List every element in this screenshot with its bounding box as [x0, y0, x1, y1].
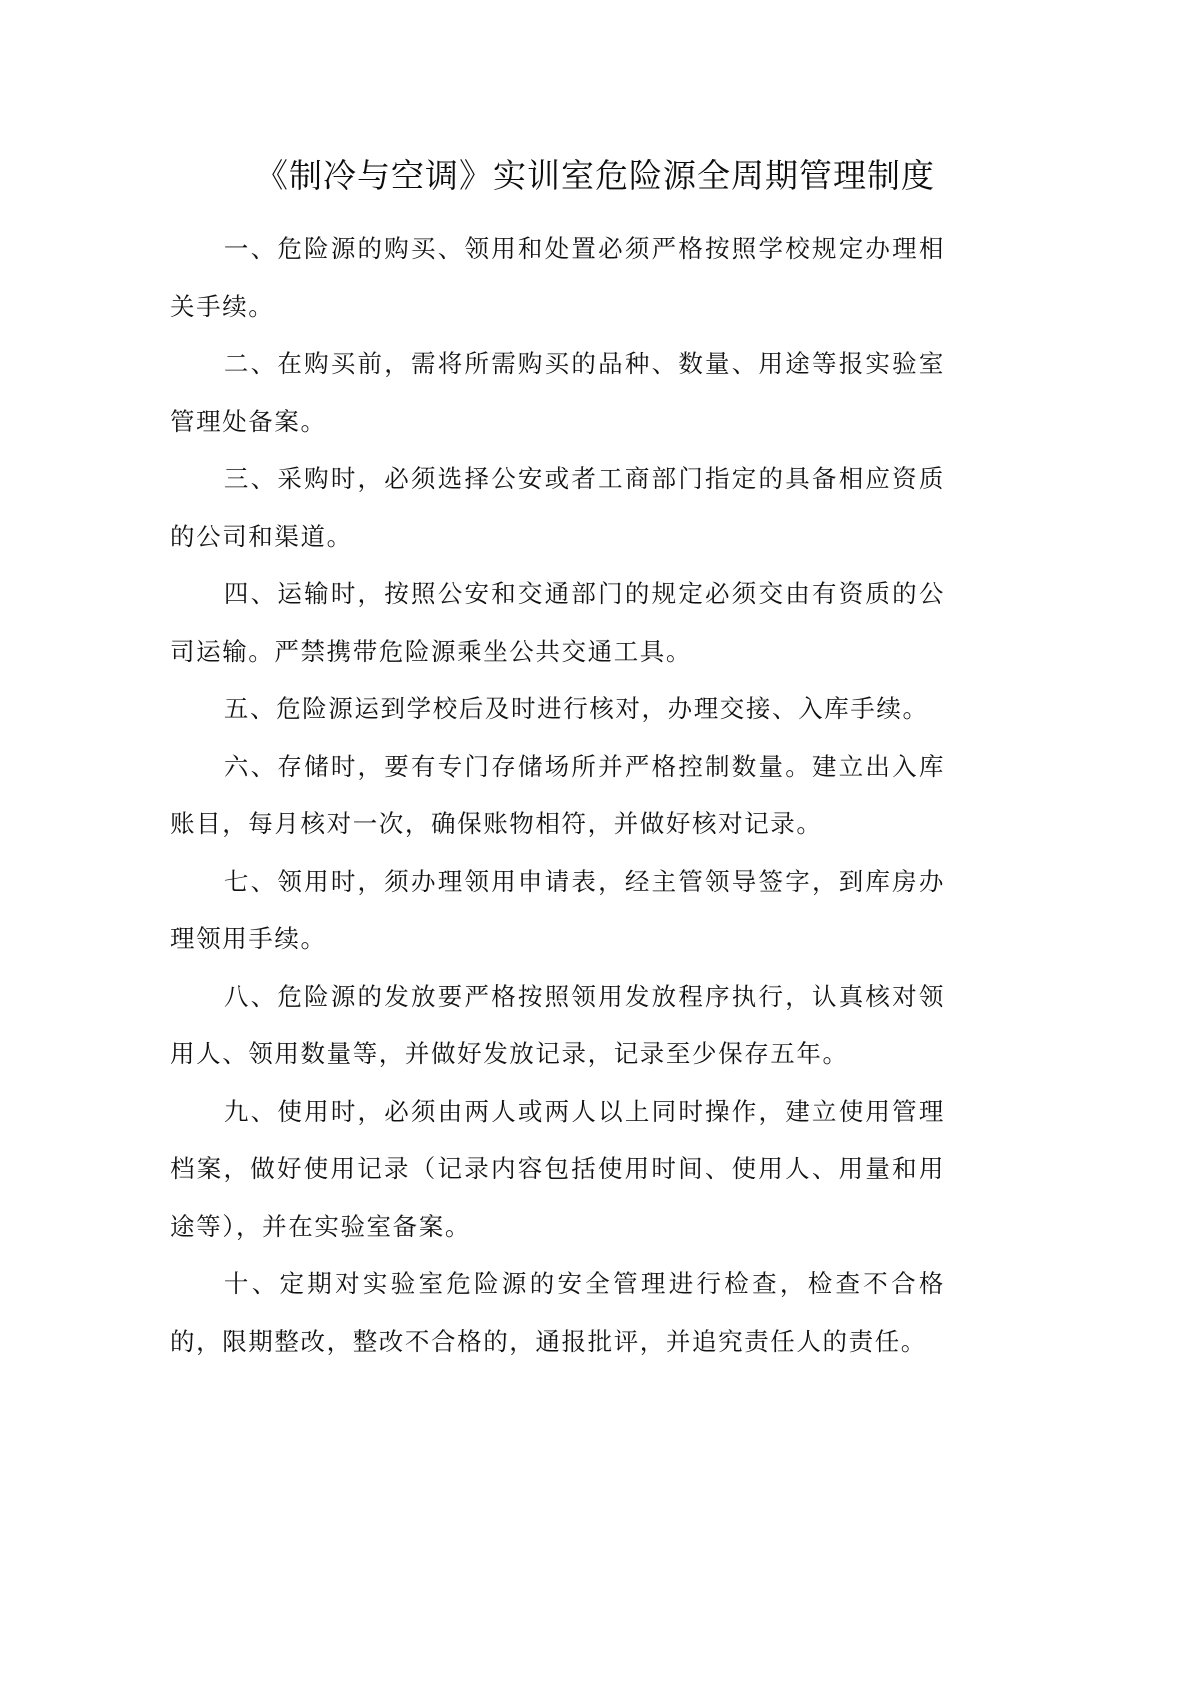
- clause-10: 十、定期对实验室危险源的安全管理进行检查，检查不合格的，限期整改，整改不合格的，…: [170, 1255, 945, 1370]
- document-title: 《制冷与空调》实训室危险源全周期管理制度: [0, 152, 1190, 200]
- clause-3: 三、采购时，必须选择公安或者工商部门指定的具备相应资质的公司和渠道。: [170, 450, 945, 565]
- clause-2: 二、在购买前，需将所需购买的品种、数量、用途等报实验室管理处备案。: [170, 335, 945, 450]
- clause-7: 七、领用时，须办理领用申请表，经主管领导签字，到库房办理领用手续。: [170, 853, 945, 968]
- clause-1: 一、危险源的购买、领用和处置必须严格按照学校规定办理相关手续。: [170, 220, 945, 335]
- document-body: 一、危险源的购买、领用和处置必须严格按照学校规定办理相关手续。 二、在购买前，需…: [170, 220, 945, 1370]
- clause-8: 八、危险源的发放要严格按照领用发放程序执行，认真核对领用人、领用数量等，并做好发…: [170, 968, 945, 1083]
- clause-9: 九、使用时，必须由两人或两人以上同时操作，建立使用管理档案，做好使用记录（记录内…: [170, 1083, 945, 1256]
- document-page: 《制冷与空调》实训室危险源全周期管理制度 一、危险源的购买、领用和处置必须严格按…: [0, 0, 1190, 1683]
- clause-5: 五、危险源运到学校后及时进行核对，办理交接、入库手续。: [170, 680, 945, 738]
- clause-6: 六、存储时，要有专门存储场所并严格控制数量。建立出入库账目，每月核对一次，确保账…: [170, 738, 945, 853]
- clause-4: 四、运输时，按照公安和交通部门的规定必须交由有资质的公司运输。严禁携带危险源乘坐…: [170, 565, 945, 680]
